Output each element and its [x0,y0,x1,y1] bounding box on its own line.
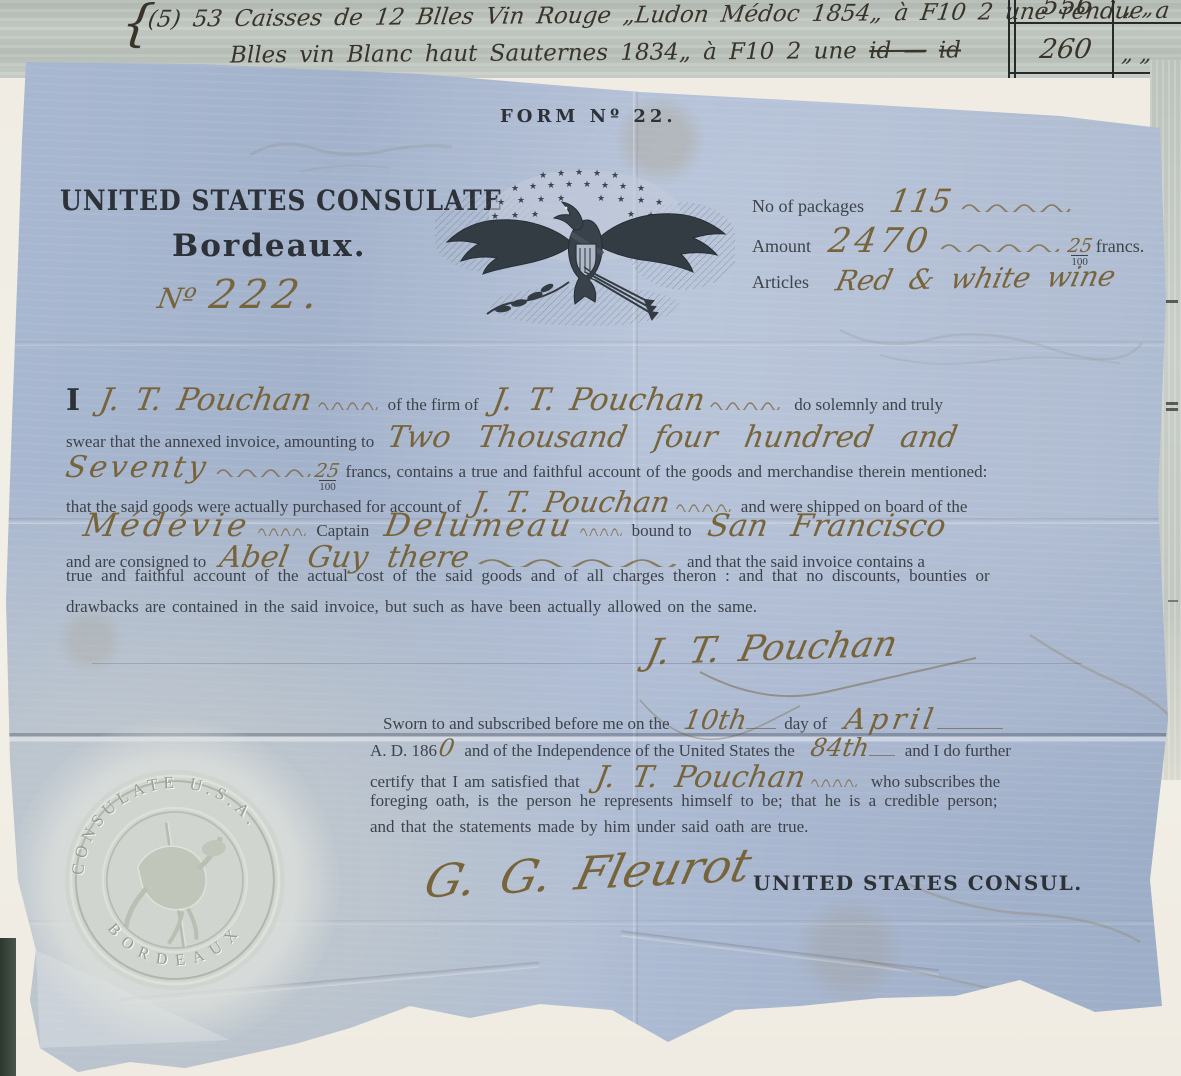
scan-edge-shadow [0,938,16,1076]
ink-flourish [580,524,622,536]
ledger-row1-amount: 556 [1040,0,1096,21]
eagle-emblem: ★★★★★ ★★★★★★★★ ★★★★★★★★ ★★★★★★ ★★★★ [435,158,735,326]
svg-text:★: ★ [557,168,565,178]
svg-text:★: ★ [637,195,645,205]
oath-line-8: drawbacks are contained in the said invo… [66,597,757,617]
svg-text:★: ★ [547,180,555,190]
oath-line-5: Médévie Captain Delumeau bound to San Fr… [84,506,945,544]
amount-value: 2470 [825,221,935,261]
jurat-month: April [842,702,940,736]
consul-signature: G. G. Fleurot [419,838,756,909]
svg-text:★: ★ [575,167,583,177]
jurat-line-5: and that the statements made by him unde… [370,817,808,837]
ledger-row2-main: Blles vin Blanc haut Sauternes 1834„ à F… [230,38,857,68]
document-number-label: Nº [155,282,198,315]
articles-label: Articles [752,272,809,293]
amount-fraction-numerator: 25 [1066,237,1094,256]
vessel-name: Médévie [81,506,254,544]
svg-text:★: ★ [531,209,539,219]
contains-text: francs, contains a true and faithful acc… [346,462,988,482]
independence-year: 84th [808,733,871,762]
svg-text:★: ★ [511,183,519,193]
destination: San Francisco [704,508,948,544]
ledger-row2-text: Blles vin Blanc haut Sauternes 1834„ à F… [230,37,961,68]
svg-text:★: ★ [627,209,635,219]
further-text: and I do further [905,741,1011,761]
consular-form-paper: FORM Nº 22. UNITED STATES CONSULATE Bord… [0,0,1181,1076]
jurat-line-4: foreging oath, is the person he represen… [370,791,997,811]
ledger-column-rule [1008,0,1010,78]
svg-text:★: ★ [637,183,645,193]
ink-flourish [710,398,780,410]
ledger-edge-mark [1166,300,1178,303]
ink-flourish [318,398,378,410]
sworn-text: Sworn to and subscribed before me on the [383,714,670,734]
year-digit: 0 [437,734,457,762]
articles-value: Red & white wine [833,260,1119,298]
oath-line-1: I J. T. Pouchan of the firm of J. T. Pou… [66,382,943,418]
packages-value: 115 [887,182,955,220]
ledger-row2-tail: id [939,37,961,63]
embossed-consular-seal: CONSULATE U.S.A. CONSULATE U.S.A. BORDEA… [33,736,316,1026]
packages-field: No of packages 115 [752,182,1071,220]
ink-flourish [216,465,311,477]
captain-name: Delumeau [382,506,577,544]
firm-of-label: of the firm of [388,395,479,415]
ink-flourish [961,200,1071,212]
svg-text:★: ★ [619,181,627,191]
ledger-edge-mark [1168,600,1178,602]
svg-text:★: ★ [529,181,537,191]
fold-crease [0,341,1181,346]
ink-flourish [258,524,306,536]
francs-label: francs. [1096,236,1144,257]
ledger-row2-struck: id — [869,38,927,64]
ledger-row2-cents: „ „ [1120,42,1153,67]
ledger-column-rule [1014,0,1016,78]
ad-text: A. D. 186 [370,741,437,761]
svg-text:★: ★ [539,170,547,180]
ink-flourish [940,240,1060,252]
scanned-document: { (5) 53 Caisses de 12 Blles Vin Rouge „… [0,0,1181,1076]
subscriber-name: J. T. Pouchan [593,760,808,795]
consulate-city: Bordeaux. [172,228,367,264]
firm-name: J. T. Pouchan [490,382,708,418]
swear-text: swear that the annexed invoice, amountin… [66,432,374,452]
jurat-line-3: certify that I am satisfied that J. T. P… [370,760,1000,795]
oath-line-7: true and faithful account of the actual … [66,566,990,586]
oath-fraction-numerator: 25 [314,462,342,481]
svg-text:★: ★ [565,179,573,189]
ink-line [937,716,1003,729]
packages-label: No of packages [752,196,864,217]
ink-line [869,743,895,756]
captain-label: Captain [316,521,369,541]
independence-text: and of the Independence of the United St… [464,741,794,761]
amount-in-words-2: Seventy [63,450,212,485]
oath-initial: I [66,383,80,418]
day-of-label: day of [784,714,827,734]
bound-label: bound to [632,521,692,541]
jurat-line-2: A. D. 186 0 and of the Independence of t… [370,733,1011,762]
ledger-edge-mark [1166,402,1178,405]
ledger-row1-text: (5) 53 Caisses de 12 Blles Vin Rouge „Lu… [146,0,1181,33]
jurat-line-1: Sworn to and subscribed before me on the… [383,702,1003,736]
svg-text:★: ★ [497,197,505,207]
form-number-heading: FORM Nº 22. [500,106,677,127]
svg-text:★: ★ [601,180,609,190]
ledger-row2-amount: 260 [1038,34,1094,65]
deponent-name: J. T. Pouchan [97,382,315,418]
svg-text:★: ★ [617,194,625,204]
document-number: Nº 222. [158,272,323,318]
certify-text: certify that I am satisfied that [370,772,580,792]
svg-text:★: ★ [597,193,605,203]
deponent-signature: J. T. Pouchan [643,624,902,674]
ledger-row-rule [1008,22,1181,24]
ledger-column-rule [1112,0,1114,78]
svg-text:★: ★ [537,194,545,204]
svg-text:★: ★ [517,195,525,205]
ink-flourish [811,775,857,787]
svg-text:★: ★ [583,179,591,189]
solemn-text: do solemnly and truly [794,395,943,415]
amount-label: Amount [752,236,811,257]
document-number-value: 222. [206,272,327,318]
ledger-row1-cents: „ „ [1122,0,1155,21]
fold-crease [621,931,939,976]
signature-rule [92,663,1082,664]
articles-field: Articles Red & white wine [752,262,1115,295]
ledger-edge-mark [1166,408,1178,411]
svg-text:★: ★ [655,197,663,207]
consul-title: UNITED STATES CONSUL. [753,871,1083,895]
svg-text:★: ★ [511,210,519,220]
svg-text:★: ★ [593,168,601,178]
jurat-day: 10th [681,705,749,736]
subscribes-text: who subscribes the [871,772,1000,792]
ink-line [746,716,776,729]
svg-text:★: ★ [611,170,619,180]
